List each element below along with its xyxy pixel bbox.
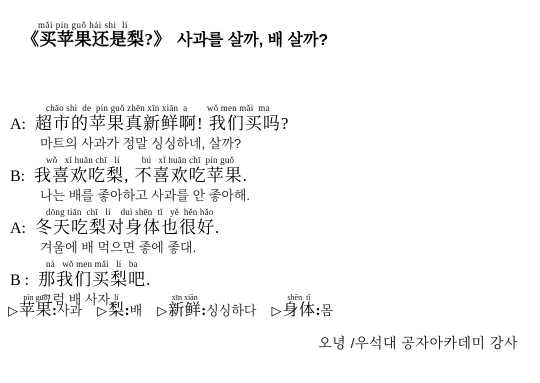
vocab-word: xīn xiān新鲜 [168, 294, 201, 320]
chinese-sentence: 那我们买梨吧. [38, 270, 151, 289]
triangle-bullet-icon: ▷ [271, 303, 281, 318]
vocab-hanzi: 梨 [108, 302, 125, 320]
korean-translation: 겨울에 배 먹으면 좋에 좋대. [10, 241, 289, 254]
title-block: mǎi pín guǒ hái shì lí 《买苹果还是梨?》사과를 살까, … [22, 20, 328, 51]
vocab-word: shēn tǐ身体 [282, 294, 315, 320]
korean-translation: 나는 배를 좋아하고 사과를 안 좋아해. [10, 189, 289, 202]
pinyin-annotation: nà wǒ men mǎi lí ba [10, 259, 289, 269]
chinese-line: B :那我们买梨吧. [10, 269, 289, 291]
dialogue-line-a1: chāo shì de pín guǒ zhēn xīn xiān a wǒ m… [10, 103, 289, 150]
vocab-pinyin: shēn tǐ [282, 294, 315, 302]
vocab-gloss: 사과 [57, 303, 82, 318]
vocab-item-pingguo: ▷pín guǒ苹果:사과 [8, 294, 82, 320]
vocab-pinyin: pín guǒ [19, 294, 52, 302]
triangle-bullet-icon: ▷ [157, 303, 167, 318]
pinyin-annotation: wǒ xǐ huān chī lí bú xǐ huān chī pín guǒ [10, 155, 289, 165]
vocab-gloss: 싱싱하다 [206, 303, 256, 318]
speaker-label: A: [10, 220, 26, 237]
title-chinese: 《买苹果还是梨?》 [22, 30, 171, 49]
chinese-sentence: 我喜欢吃梨, 不喜欢吃苹果. [34, 166, 248, 185]
vocab-item-shenti: ▷shēn tǐ身体:몸 [271, 294, 333, 320]
dialogue-line-a2: dōng tiān chī lí duì shēn tǐ yě hěn hǎo … [10, 207, 289, 254]
speaker-label: A: [10, 116, 26, 133]
vocab-gloss: 배 [130, 303, 143, 318]
chinese-line: A:冬天吃梨对身体也很好. [10, 217, 289, 239]
triangle-bullet-icon: ▷ [97, 303, 107, 318]
vocab-pinyin: xīn xiān [168, 294, 201, 302]
dialogue-line-b1: wǒ xǐ huān chī lí bú xǐ huān chī pín guǒ… [10, 155, 289, 202]
dialogue-section: chāo shì de pín guǒ zhēn xīn xiān a wǒ m… [10, 103, 289, 311]
vocab-gloss: 몸 [320, 303, 333, 318]
korean-translation: 마트의 사과가 정말 싱싱하네, 살까? [10, 137, 289, 150]
pinyin-annotation: chāo shì de pín guǒ zhēn xīn xiān a wǒ m… [10, 103, 289, 113]
triangle-bullet-icon: ▷ [8, 303, 18, 318]
vocab-hanzi: 身体 [282, 302, 315, 320]
vocab-word: lí梨 [108, 294, 125, 320]
title-pinyin-annotation: mǎi pín guǒ hái shì lí [38, 20, 328, 30]
vocab-hanzi: 新鲜 [168, 302, 201, 320]
author-credit: 오녕 /우석대 공자아카데미 강사 [318, 333, 518, 353]
vocab-item-li: ▷lí梨:배 [97, 294, 142, 320]
vocab-item-xinxian: ▷xīn xiān新鲜:싱싱하다 [157, 294, 256, 320]
page-title: 《买苹果还是梨?》사과를 살까, 배 살까? [22, 30, 328, 51]
chinese-line: A:超市的苹果真新鲜啊! 我们买吗? [10, 113, 289, 135]
chinese-sentence: 超市的苹果真新鲜啊! 我们买吗? [35, 114, 289, 133]
pinyin-annotation: dōng tiān chī lí duì shēn tǐ yě hěn hǎo [10, 207, 289, 217]
lesson-page: mǎi pín guǒ hái shì lí 《买苹果还是梨?》사과를 살까, … [0, 0, 540, 383]
title-korean: 사과를 살까, 배 살까? [177, 32, 328, 49]
speaker-label: B: [10, 168, 25, 185]
vocab-hanzi: 苹果 [19, 302, 52, 320]
vocab-word: pín guǒ苹果 [19, 294, 52, 320]
speaker-label: B : [10, 272, 29, 289]
vocab-pinyin: lí [108, 294, 125, 302]
chinese-sentence: 冬天吃梨对身体也很好. [35, 218, 220, 237]
vocab-section: ▷pín guǒ苹果:사과 ▷lí梨:배 ▷xīn xiān新鲜:싱싱하다 ▷s… [8, 294, 344, 320]
chinese-line: B:我喜欢吃梨, 不喜欢吃苹果. [10, 165, 289, 187]
